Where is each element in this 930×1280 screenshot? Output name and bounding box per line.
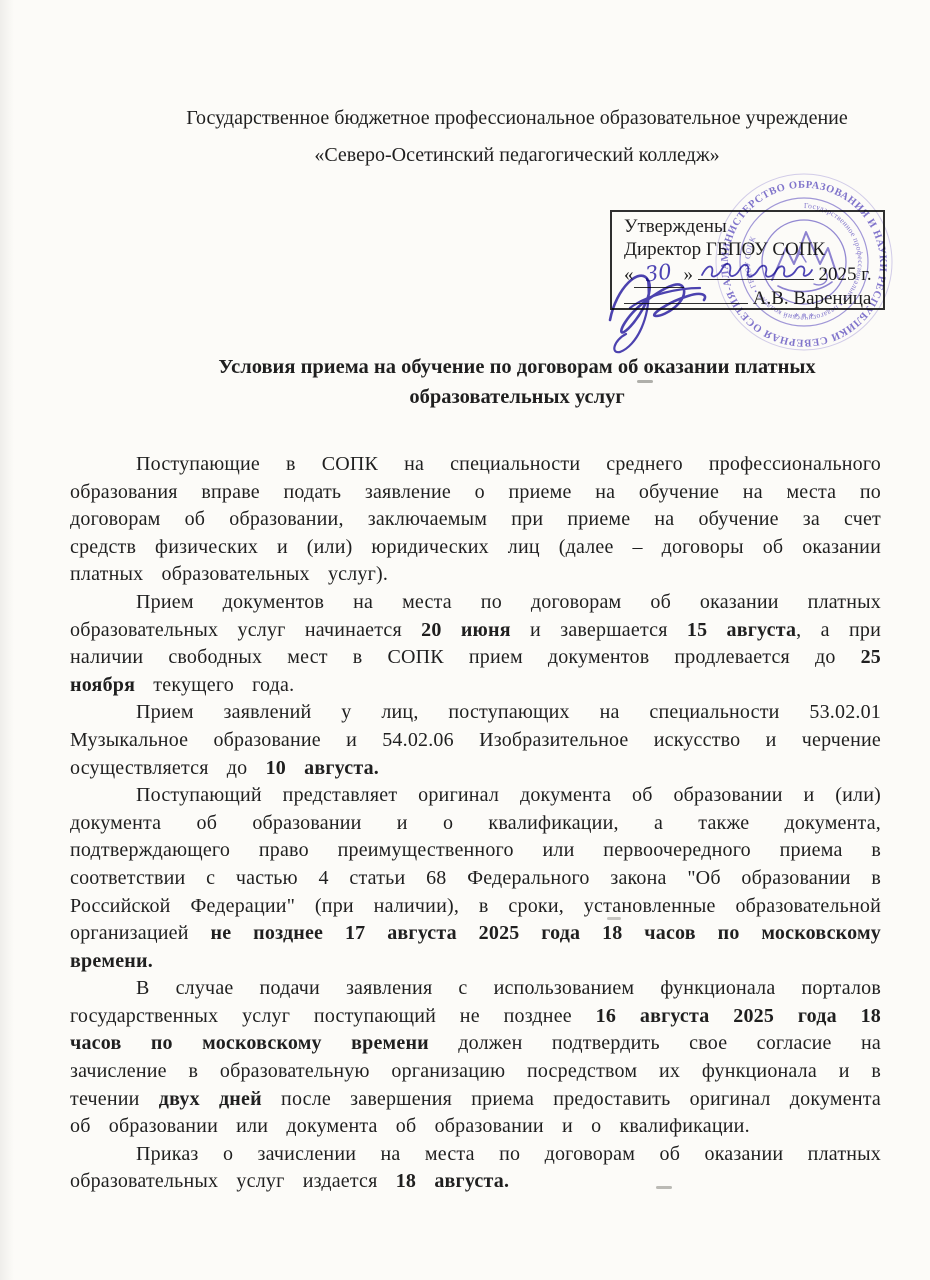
document-title: Условия приема на обучение по договорам … bbox=[104, 352, 930, 412]
paragraph-4: Поступающий представляет оригинал докуме… bbox=[70, 782, 881, 975]
organization-header: Государственное бюджетное профессиональн… bbox=[104, 100, 930, 174]
scanned-document-page: Государственное бюджетное профессиональн… bbox=[0, 0, 930, 1280]
paragraph-3: Прием заявлений у лиц, поступающих на сп… bbox=[70, 699, 881, 782]
org-name-line2: «Северо-Осетинский педагогический коллед… bbox=[104, 137, 930, 174]
director-signature-ink bbox=[596, 254, 806, 364]
paragraph-2: Прием документов на места по договорам о… bbox=[70, 589, 881, 699]
document-title-line1: Условия приема на обучение по договорам … bbox=[104, 352, 930, 382]
paragraph-1: Поступающие в СОПК на специальности сред… bbox=[70, 451, 881, 589]
document-title-line2: образовательных услуг bbox=[104, 382, 930, 412]
scan-artifact bbox=[607, 917, 621, 920]
paragraph-6: Приказ о зачислении на места по договора… bbox=[70, 1141, 881, 1196]
org-name-line1: Государственное бюджетное профессиональн… bbox=[104, 100, 930, 137]
scan-artifact bbox=[637, 380, 653, 383]
document-body: Поступающие в СОПК на специальности сред… bbox=[70, 451, 881, 1196]
paragraph-5: В случае подачи заявления с использовани… bbox=[70, 975, 881, 1141]
scan-artifact bbox=[656, 1186, 672, 1189]
